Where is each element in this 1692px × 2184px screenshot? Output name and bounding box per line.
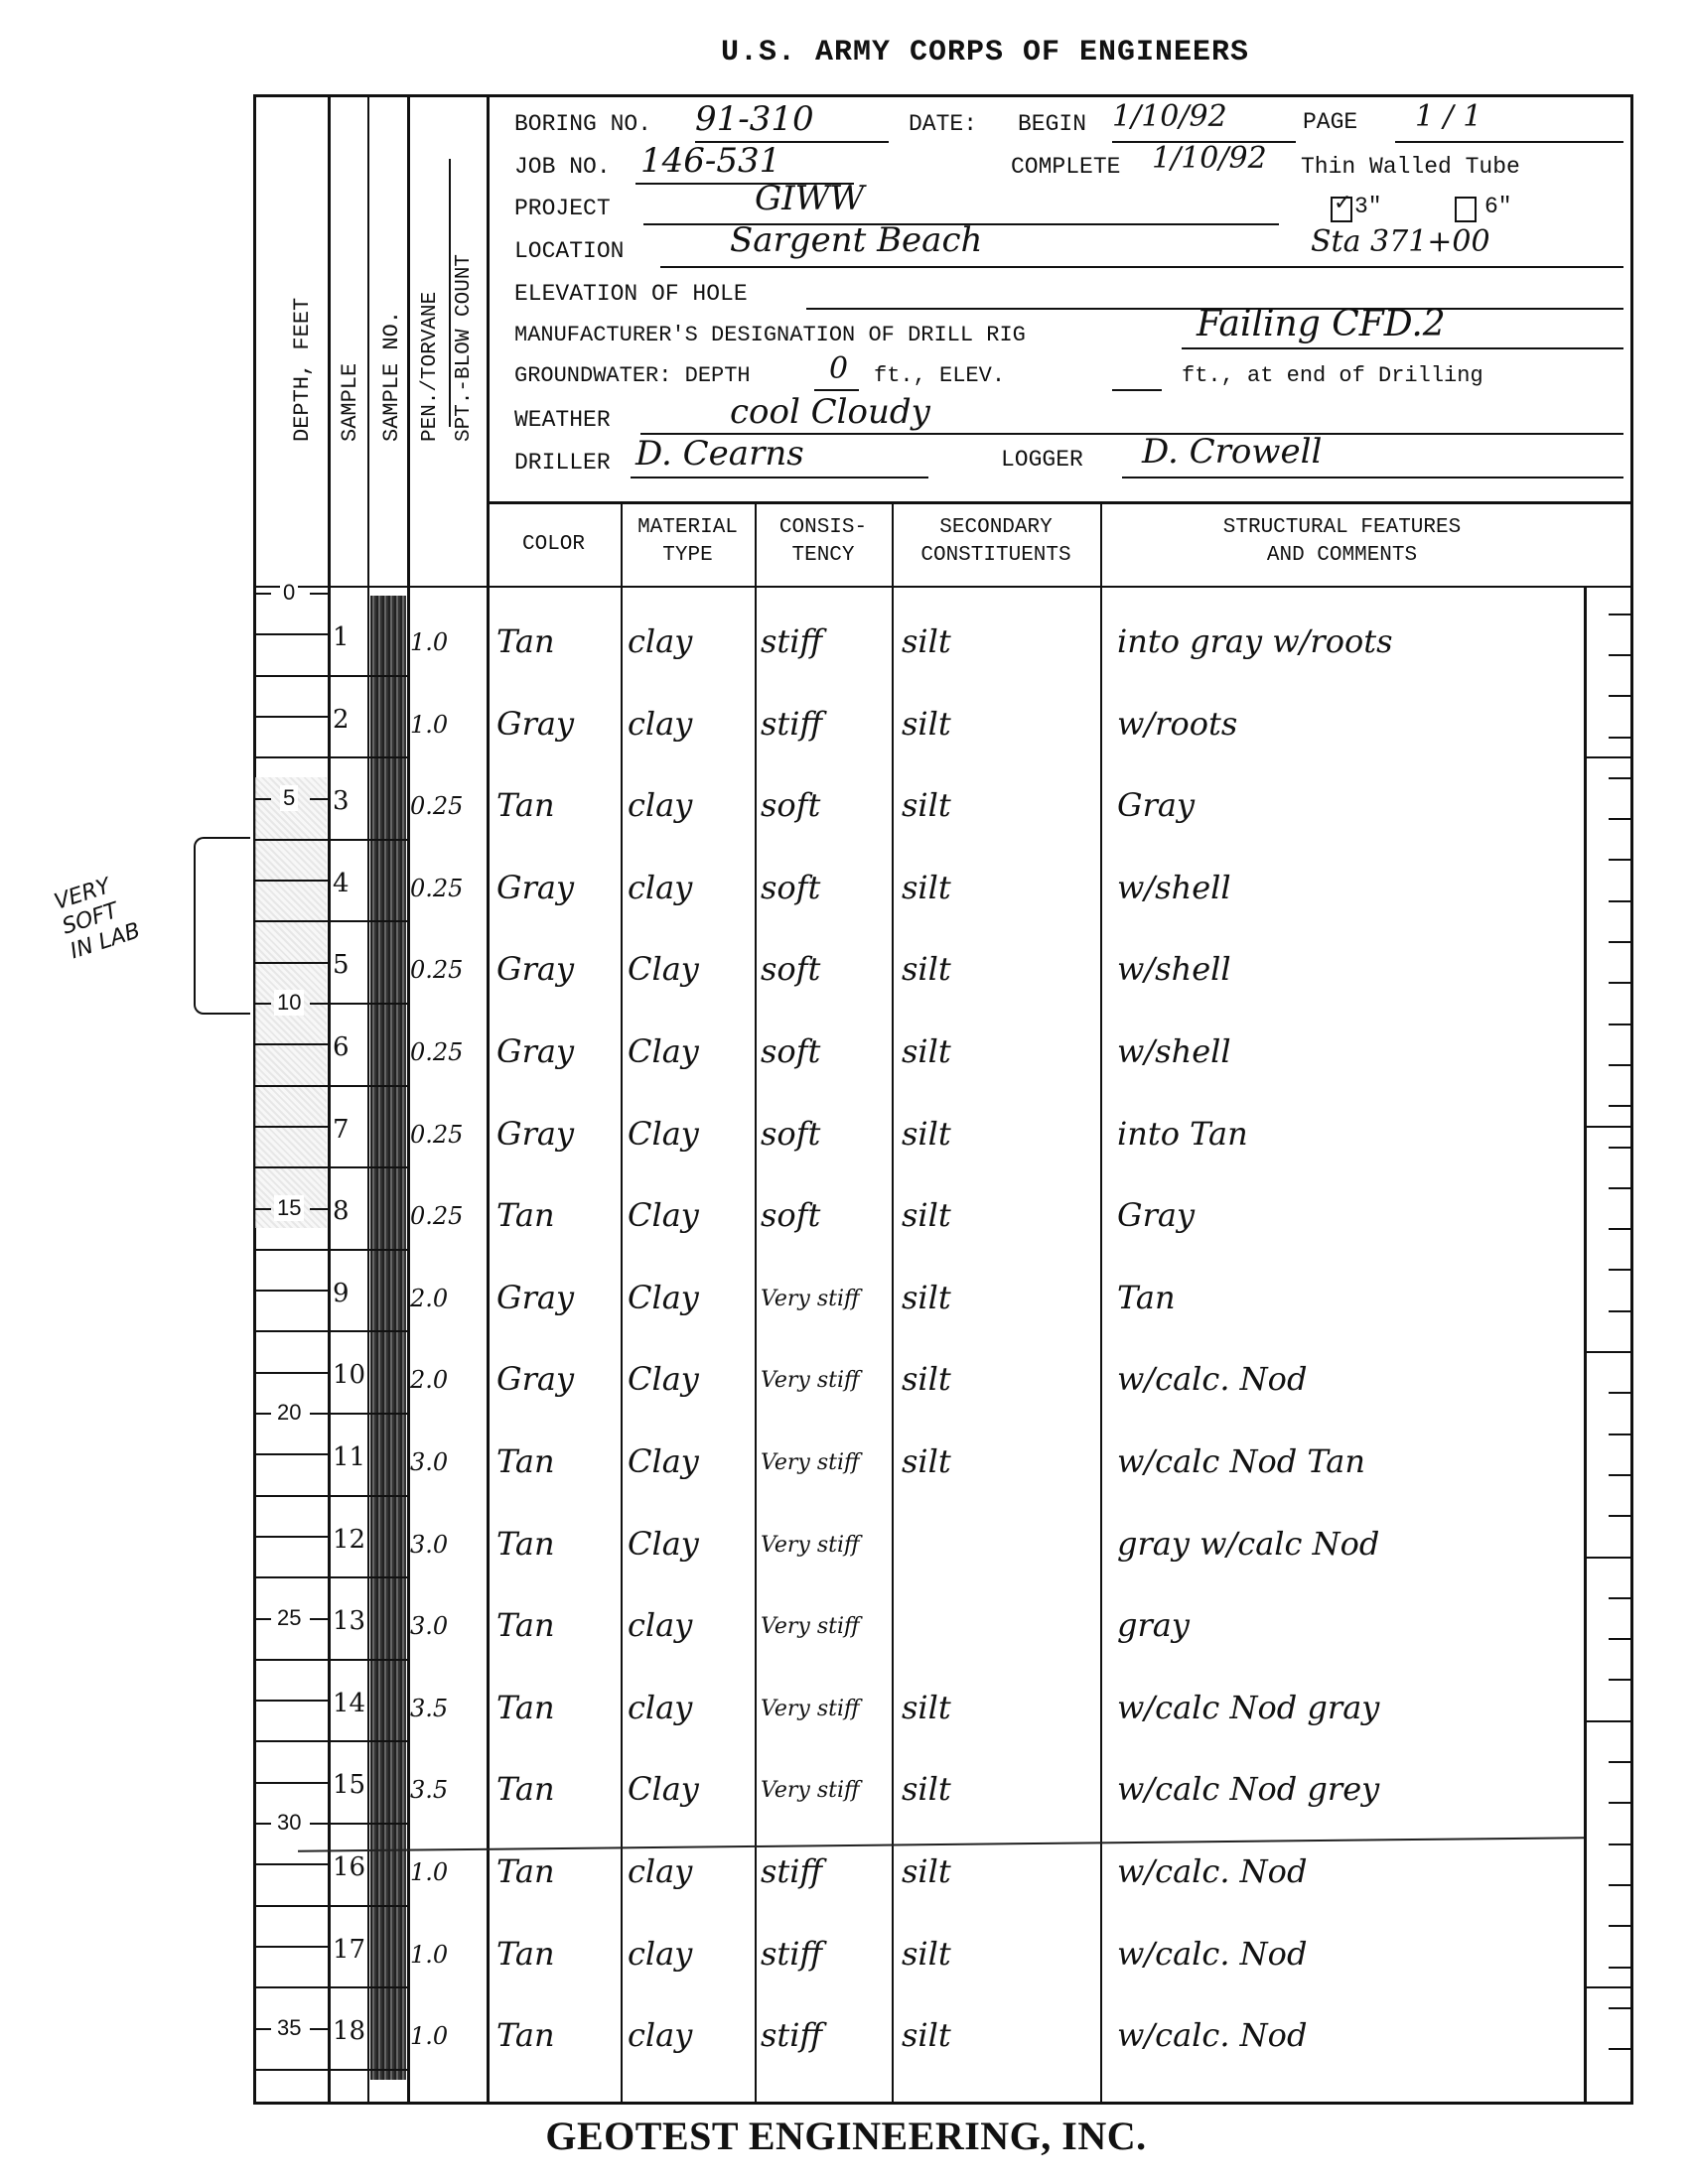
sample-pen: 2.0 [410, 1366, 448, 1394]
groundwater-elev-underline [1112, 389, 1162, 391]
col-header-consistency: CONSIS-TENCY [755, 514, 892, 570]
tube-6in-label: 6" [1484, 194, 1512, 219]
sample-color: Gray [496, 1360, 574, 1398]
sample-comments: Gray [1117, 1196, 1195, 1234]
sample-consistency: Very stiff [761, 1533, 860, 1558]
begin-date-value: 1/10/92 [1112, 99, 1227, 134]
sample-secondary: silt [902, 1935, 951, 1973]
sample-comments: w/calc. Nod [1117, 1360, 1307, 1398]
sample-consistency: stiff [761, 1935, 822, 1973]
location-underline [660, 266, 1623, 268]
sample-consistency: Very stiff [761, 1368, 860, 1393]
sample-pen: 0.25 [410, 792, 463, 820]
sample-consistency: stiff [761, 622, 822, 660]
sample-material: clay [628, 2016, 692, 2054]
sample-material: clay [628, 869, 692, 906]
job-no-label: JOB NO. [514, 154, 611, 180]
sample-no: 16 [333, 1852, 365, 1882]
page-underline [1395, 141, 1623, 143]
col-header-secondary-constituents: SECONDARYCONSTITUENTS [892, 514, 1100, 570]
sample-row: 80.25TanClaysoftsiltGray [0, 1166, 1692, 1256]
weather-value: cool Cloudy [730, 392, 930, 432]
sample-comments: w/shell [1117, 950, 1231, 988]
sample-consistency: stiff [761, 705, 822, 743]
sample-consistency: Very stiff [761, 1614, 860, 1639]
sample-pen: 3.5 [410, 1776, 448, 1804]
sample-pen: 0.25 [410, 1121, 463, 1149]
sample-color: Tan [496, 1770, 555, 1808]
sample-row: 11.0Tanclaystiffsiltinto gray w/roots [0, 593, 1692, 682]
sample-label: SAMPLE [338, 363, 362, 442]
sample-comments: gray w/calc Nod [1117, 1525, 1379, 1563]
sample-consistency: soft [761, 1115, 820, 1153]
location-value: Sargent Beach [730, 220, 982, 260]
sample-secondary: silt [902, 705, 951, 743]
sample-color: Tan [496, 786, 555, 824]
sample-secondary: silt [902, 1770, 951, 1808]
sample-material: Clay [628, 1196, 699, 1234]
company-footer: GEOTEST ENGINEERING, INC. [0, 2113, 1692, 2159]
sample-comments: Tan [1117, 1279, 1176, 1316]
project-label: PROJECT [514, 196, 611, 221]
sample-secondary: silt [902, 869, 951, 906]
drill-rig-value: Failing CFD.2 [1197, 304, 1446, 344]
sample-consistency: Very stiff [761, 1697, 860, 1721]
sample-pen: 0.25 [410, 956, 463, 984]
sample-row: 143.5TanclayVery stiffsiltw/calc Nod gra… [0, 1659, 1692, 1748]
sample-row: 50.25GrayClaysoftsiltw/shell [0, 920, 1692, 1010]
sample-row: 30.25TanclaysoftsiltGray [0, 756, 1692, 846]
driller-value: D. Cearns [635, 434, 804, 474]
agency-title: U.S. ARMY CORPS OF ENGINEERS [0, 36, 1692, 69]
sample-consistency: Very stiff [761, 1450, 860, 1475]
sample-no: 4 [333, 869, 350, 898]
sample-no: 2 [333, 705, 350, 735]
header-bottom-rule [253, 586, 1633, 588]
end-of-drilling-label: ft., at end of Drilling [1182, 363, 1483, 388]
sample-comments: w/shell [1117, 1032, 1231, 1070]
complete-date-value: 1/10/92 [1152, 141, 1267, 176]
sample-comments: w/shell [1117, 869, 1231, 906]
begin-label: BEGIN [1018, 111, 1086, 137]
col-header-color: COLOR [487, 531, 621, 559]
sample-secondary: silt [902, 1360, 951, 1398]
sample-comments: w/roots [1117, 705, 1237, 743]
col-header-material-type: MATERIALTYPE [621, 514, 755, 570]
sample-color: Gray [496, 1115, 574, 1153]
sample-pen: 0.25 [410, 875, 463, 902]
sample-secondary: silt [902, 622, 951, 660]
sample-material: Clay [628, 1115, 699, 1153]
sample-boundary [328, 2069, 407, 2071]
sample-secondary: silt [902, 1279, 951, 1316]
col-header-structural-features: STRUCTURAL FEATURESAND COMMENTS [1100, 514, 1584, 570]
sample-secondary: silt [902, 786, 951, 824]
pen-torvane-label: PEN./TORVANE [419, 292, 442, 442]
sample-row: 102.0GrayClayVery stiffsiltw/calc. Nod [0, 1330, 1692, 1420]
page-value: 1 / 1 [1415, 99, 1481, 134]
sample-comments: w/calc Nod Tan [1117, 1442, 1365, 1480]
sample-secondary: silt [902, 1032, 951, 1070]
sample-material: Clay [628, 1032, 699, 1070]
sample-color: Tan [496, 622, 555, 660]
sample-no: 18 [333, 2016, 365, 2046]
sample-no: 1 [333, 622, 350, 652]
sample-material: Clay [628, 1279, 699, 1316]
sample-material: Clay [628, 1770, 699, 1808]
sample-comments: w/calc Nod gray [1117, 1689, 1379, 1726]
sample-no: 13 [333, 1606, 365, 1636]
sample-material: Clay [628, 1525, 699, 1563]
sample-no-label: SAMPLE NO. [379, 311, 404, 442]
sample-pen: 2.0 [410, 1285, 448, 1312]
sample-consistency: stiff [761, 1852, 822, 1890]
sample-no: 7 [333, 1115, 350, 1145]
groundwater-depth-value: 0 [829, 351, 848, 386]
sample-no: 15 [333, 1770, 365, 1800]
sample-row: 113.0TanClayVery stiffsiltw/calc Nod Tan [0, 1413, 1692, 1502]
driller-underline [631, 477, 928, 478]
groundwater-elev-label: ft., ELEV. [874, 363, 1005, 388]
sample-secondary: silt [902, 1196, 951, 1234]
sample-row: 133.0TanclayVery stiffgray [0, 1576, 1692, 1666]
sample-pen: 3.5 [410, 1695, 448, 1722]
sample-color: Gray [496, 950, 574, 988]
sample-color: Tan [496, 1442, 555, 1480]
sample-material: Clay [628, 1442, 699, 1480]
sample-consistency: soft [761, 950, 820, 988]
sample-pen: 1.0 [410, 1941, 448, 1969]
sample-no: 5 [333, 950, 350, 980]
sample-row: 70.25GrayClaysoftsiltinto Tan [0, 1085, 1692, 1174]
thin-walled-tube-label: Thin Walled Tube [1301, 154, 1520, 180]
sample-no: 17 [333, 1935, 365, 1965]
sample-secondary: silt [902, 1689, 951, 1726]
sample-secondary: silt [902, 2016, 951, 2054]
sample-color: Tan [496, 2016, 555, 2054]
sample-material: clay [628, 705, 692, 743]
location-label: LOCATION [514, 238, 624, 264]
sample-secondary: silt [902, 1852, 951, 1890]
sample-row: 60.25GrayClaysoftsiltw/shell [0, 1003, 1692, 1092]
job-no-value: 146-531 [640, 141, 780, 181]
sample-no: 8 [333, 1196, 350, 1226]
sample-row: 171.0Tanclaystiffsiltw/calc. Nod [0, 1905, 1692, 1994]
sample-consistency: stiff [761, 2016, 822, 2054]
sample-comments: w/calc. Nod [1117, 1852, 1307, 1890]
sample-row: 21.0Grayclaystiffsiltw/roots [0, 675, 1692, 764]
sample-color: Tan [496, 1606, 555, 1644]
weather-label: WEATHER [514, 407, 611, 433]
sample-row: 153.5TanClayVery stiffsiltw/calc Nod gre… [0, 1740, 1692, 1830]
pen-spt-fraction-bar [449, 159, 451, 427]
sample-pen: 1.0 [410, 628, 448, 656]
logger-underline [1122, 477, 1623, 478]
sample-comments: into Tan [1117, 1115, 1248, 1153]
tube-3in-checkbox[interactable]: ✓ [1331, 197, 1352, 222]
sample-secondary: silt [902, 950, 951, 988]
sample-color: Gray [496, 869, 574, 906]
sample-color: Tan [496, 1852, 555, 1890]
sample-no: 3 [333, 786, 350, 816]
depth-feet-label: DEPTH, FEET [290, 298, 315, 442]
sample-color: Tan [496, 1689, 555, 1726]
sample-material: clay [628, 1935, 692, 1973]
sample-secondary: silt [902, 1442, 951, 1480]
groundwater-depth-label: GROUNDWATER: DEPTH [514, 363, 751, 388]
sample-consistency: soft [761, 1196, 820, 1234]
sample-color: Tan [496, 1196, 555, 1234]
sample-material: clay [628, 786, 692, 824]
sample-no: 11 [333, 1442, 365, 1472]
boring-no-label: BORING NO. [514, 111, 651, 137]
drill-rig-underline [1182, 347, 1623, 349]
logger-label: LOGGER [1001, 447, 1083, 473]
sample-consistency: Very stiff [761, 1778, 860, 1803]
sample-row: 92.0GrayClayVery stiffsiltTan [0, 1249, 1692, 1338]
tube-6in-checkbox[interactable] [1455, 197, 1477, 222]
drill-rig-label: MANUFACTURER'S DESIGNATION OF DRILL RIG [514, 323, 1026, 347]
sample-comments: gray [1117, 1606, 1190, 1644]
sample-consistency: soft [761, 869, 820, 906]
sample-consistency: soft [761, 786, 820, 824]
sample-color: Tan [496, 1935, 555, 1973]
sample-pen: 0.25 [410, 1202, 463, 1230]
sample-row: 40.25Grayclaysoftsiltw/shell [0, 839, 1692, 928]
groundwater-depth-underline [814, 389, 859, 391]
sample-pen: 1.0 [410, 1858, 448, 1886]
sample-material: Clay [628, 1360, 699, 1398]
sample-comments: w/calc. Nod [1117, 2016, 1307, 2054]
sample-no: 10 [333, 1360, 365, 1390]
page-label: PAGE [1303, 109, 1357, 135]
sample-comments: w/calc Nod grey [1117, 1770, 1379, 1808]
driller-label: DRILLER [514, 450, 611, 476]
sample-pen: 1.0 [410, 2022, 448, 2050]
sample-comments: into gray w/roots [1117, 622, 1393, 660]
tube-3in-label: 3" [1354, 194, 1382, 219]
sample-color: Gray [496, 705, 574, 743]
header-top-rule [487, 501, 1633, 504]
sample-no: 12 [333, 1525, 365, 1555]
sample-row: 161.0Tanclaystiffsiltw/calc. Nod [0, 1823, 1692, 1912]
sample-no: 6 [333, 1032, 350, 1062]
logger-value: D. Crowell [1142, 432, 1322, 472]
sample-secondary: silt [902, 1115, 951, 1153]
sample-pen: 3.0 [410, 1612, 448, 1640]
elevation-label: ELEVATION OF HOLE [514, 281, 748, 307]
sample-color: Gray [496, 1279, 574, 1316]
sample-row: 181.0Tanclaystiffsiltw/calc. Nod [0, 1986, 1692, 2076]
sample-no: 9 [333, 1279, 350, 1308]
sample-comments: w/calc. Nod [1117, 1935, 1307, 1973]
sample-consistency: Very stiff [761, 1287, 860, 1311]
sample-no: 14 [333, 1689, 365, 1718]
sample-material: clay [628, 1852, 692, 1890]
station-value: Sta 371+00 [1311, 224, 1490, 259]
sample-material: Clay [628, 950, 699, 988]
date-label: DATE: [909, 111, 977, 137]
spt-blow-count-label: SPT.-BLOW COUNT [453, 254, 476, 442]
sample-color: Tan [496, 1525, 555, 1563]
sample-material: clay [628, 1689, 692, 1726]
sample-material: clay [628, 622, 692, 660]
sample-pen: 3.0 [410, 1531, 448, 1559]
sample-color: Gray [496, 1032, 574, 1070]
sample-pen: 0.25 [410, 1038, 463, 1066]
project-value: GIWW [755, 179, 864, 218]
sample-material: clay [628, 1606, 692, 1644]
complete-label: COMPLETE [1011, 154, 1120, 180]
sample-row: 123.0TanClayVery stiffgray w/calc Nod [0, 1495, 1692, 1584]
sample-consistency: soft [761, 1032, 820, 1070]
sample-comments: Gray [1117, 786, 1195, 824]
sample-pen: 3.0 [410, 1448, 448, 1476]
boring-no-value: 91-310 [695, 99, 814, 139]
sample-pen: 1.0 [410, 711, 448, 739]
